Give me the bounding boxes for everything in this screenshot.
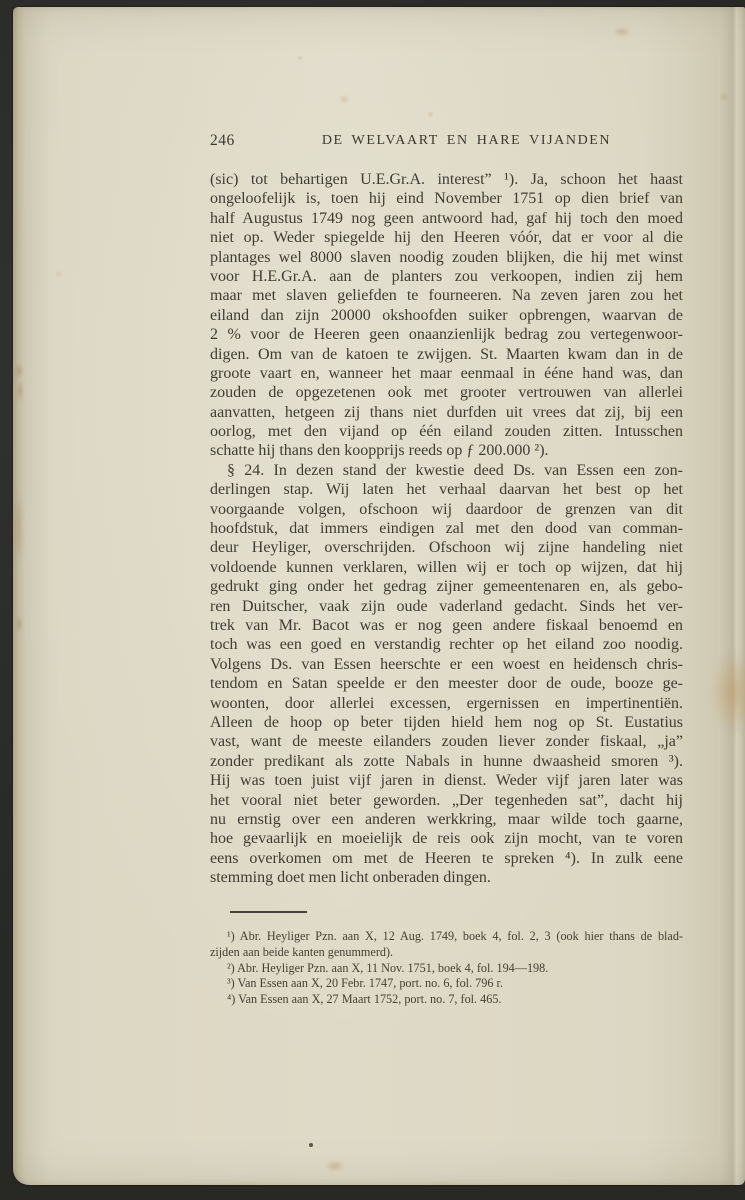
text-line: ren Duitscher, vaak zijn oude vaderland … bbox=[210, 597, 683, 616]
foxing-stain bbox=[297, 55, 303, 61]
foxing-stain bbox=[15, 615, 23, 633]
book-page: 246 DE WELVAART EN HARE VIJANDEN (sic) t… bbox=[13, 7, 745, 1185]
text-line: woonten, door allerlei excessen, ergerni… bbox=[210, 694, 683, 713]
text-line: groote vaart en, wanneer het maar eenmaa… bbox=[210, 364, 683, 383]
text-line: schatte hij thans den koopprijs reeds op… bbox=[210, 441, 683, 460]
footnote-line: ²) Abr. Heyliger Pzn. aan X, 11 Nov. 175… bbox=[210, 961, 683, 977]
text-line: zouden de opgezetenen ook met grooter ve… bbox=[210, 383, 683, 402]
foxing-stain bbox=[340, 95, 349, 104]
footnote-line: zijden aan beide kanten genummerd). bbox=[210, 945, 683, 961]
foxing-stain bbox=[14, 490, 23, 565]
footnote-line: ⁴) Van Essen aan X, 27 Maart 1752, port.… bbox=[210, 992, 683, 1008]
foxing-stain bbox=[16, 380, 24, 402]
text-line: deur Heyliger, overschrijden. Ofschoon w… bbox=[210, 538, 683, 557]
text-line: aanvatten, hetgeen zij thans niet durfde… bbox=[210, 403, 683, 422]
footnote-line: ¹) Abr. Heyliger Pzn. aan X, 12 Aug. 174… bbox=[210, 929, 683, 945]
text-line: Alleen de hoop op beter tijden hield hem… bbox=[210, 713, 683, 732]
foxing-stain bbox=[712, 650, 745, 736]
foxing-stain bbox=[613, 27, 631, 37]
text-line: voorgaande volgen, ofschoon wij daardoor… bbox=[210, 500, 683, 519]
text-line: niet op. Weder spiegelde hij den Heeren … bbox=[210, 228, 683, 247]
ink-speck bbox=[309, 1143, 313, 1147]
foxing-stain bbox=[325, 1160, 345, 1172]
foxing-stain bbox=[55, 270, 63, 278]
text-line: hoe gevaarlijk en moeielijk de reis ook … bbox=[210, 829, 683, 848]
text-line: 2 % voor de Heeren geen onaanzienlijk be… bbox=[210, 325, 683, 344]
text-line: oorlog, met den vijand op één eiland zou… bbox=[210, 422, 683, 441]
text-line: trek van Mr. Bacot was er nog geen ander… bbox=[210, 616, 683, 635]
scan-background: 246 DE WELVAART EN HARE VIJANDEN (sic) t… bbox=[0, 0, 745, 1200]
foxing-stain bbox=[427, 111, 434, 118]
text-line: digen. Om van de katoen te zwijgen. St. … bbox=[210, 345, 683, 364]
footnotes: ¹) Abr. Heyliger Pzn. aan X, 12 Aug. 174… bbox=[210, 929, 683, 1008]
text-line: toch was een goed en verstandig rechter … bbox=[210, 635, 683, 654]
running-title: DE WELVAART EN HARE VIJANDEN bbox=[250, 133, 683, 149]
text-line: tendom en Satan speelde er den meester d… bbox=[210, 674, 683, 693]
text-line: gedrukt ging onder het gedrag zijner gem… bbox=[210, 577, 683, 596]
footnote-line: ³) Van Essen aan X, 20 Febr. 1747, port.… bbox=[210, 976, 683, 992]
footnote-separator bbox=[230, 911, 307, 913]
text-line: Hij was toen juist vijf jaren in dienst.… bbox=[210, 771, 683, 790]
foxing-stain bbox=[14, 363, 24, 379]
text-line: stemming doet men licht onberaden dingen… bbox=[210, 868, 683, 887]
page-fore-edge bbox=[719, 7, 745, 1185]
text-line: eiland dan zijn 20000 okshoofden suiker … bbox=[210, 306, 683, 325]
page-header: 246 DE WELVAART EN HARE VIJANDEN bbox=[210, 132, 683, 154]
text-line: maar met slaven geliefden te fourneeren.… bbox=[210, 286, 683, 305]
text-line: vast, want de meeste eilanders zouden li… bbox=[210, 732, 683, 751]
text-line-section-start: § 24. In dezen stand der kwestie deed Ds… bbox=[210, 461, 683, 480]
text-line: plantages wel 8000 slaven noodig zouden … bbox=[210, 248, 683, 267]
text-line: half Augustus 1749 nog geen antwoord had… bbox=[210, 209, 683, 228]
text-line: eens overkomen om met de Heeren te sprek… bbox=[210, 849, 683, 868]
foxing-stain bbox=[719, 92, 729, 102]
text-line: voor H.E.Gr.A. aan de planters zou verko… bbox=[210, 267, 683, 286]
page-number: 246 bbox=[210, 132, 235, 150]
body-text: (sic) tot behartigen U.E.Gr.A. interest”… bbox=[210, 170, 683, 887]
text-line: voldoende kunnen verklaren, willen wij e… bbox=[210, 558, 683, 577]
text-line: nu ernstig over een anderen werkkring, m… bbox=[210, 810, 683, 829]
text-line: (sic) tot behartigen U.E.Gr.A. interest”… bbox=[210, 170, 683, 189]
text-line: derlingen stap. Wij laten het verhaal da… bbox=[210, 480, 683, 499]
text-line: ongeloofelijk is, toen hij eind November… bbox=[210, 189, 683, 208]
text-line: het vooral niet beter geworden. „Der teg… bbox=[210, 791, 683, 810]
text-line: hoofdstuk, dat immers eindigen zal met d… bbox=[210, 519, 683, 538]
text-line: Volgens Ds. van Essen heerschte er een w… bbox=[210, 655, 683, 674]
text-line: zonder predikant als zotte Nabals in hun… bbox=[210, 752, 683, 771]
